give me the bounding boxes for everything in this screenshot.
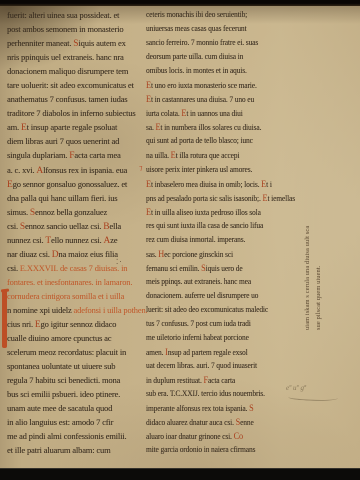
text-line: csi. E.XXXVII. de casas 7 diuisas. in (7, 261, 151, 275)
text-segment: lfonsus rex in ispania. eua (43, 165, 127, 175)
text-segment: deorsum parte uilla. cum diuisa in (146, 52, 243, 61)
text-line: meis ppinqs. aut extraneis. hanc mea (146, 275, 281, 289)
text-segment: omibus locis. in montes et in aquis. (146, 66, 247, 75)
text-segment: didaco aluarez dnatur auca csi. (146, 418, 236, 427)
text-line: tus 7 confusus. 7 post cum iuda tradi (146, 317, 281, 331)
text-segment: fontares. et inesfontanares. in lamaron. (7, 277, 132, 287)
text-line: pns ad pesalado porta sic salis isasonib… (146, 191, 281, 205)
text-line: Et in uilla aliseo iuxta pedroso illos s… (146, 205, 281, 219)
text-segment: S (249, 403, 254, 413)
text-line: in duplum restituat. Facta carta (146, 373, 281, 387)
text-line: sas. Hec porcione ginsckin sci (146, 247, 281, 261)
text-line: regula 7 habitu sci benedicti. mona (7, 373, 151, 387)
text-line: rez cum diuisa inmortal. imperans. (146, 233, 281, 247)
text-segment: tare uoluerit: sit adeo excomunicatus et (7, 80, 134, 90)
text-segment: enne (240, 418, 254, 427)
text-segment: na uilla. (146, 151, 171, 160)
text-segment: na maioz eius filia (58, 249, 117, 259)
text-segment: cius nri. (7, 319, 35, 329)
text-segment: t illa rotura que accepi (176, 151, 240, 160)
text-line: dna palla qui hanc uillam fieri. ius (7, 191, 151, 205)
text-segment: bus sci emilii psbueri. ideo ptinere. (7, 389, 120, 399)
text-segment: t in uilla aliseo iuxta pedroso illos so… (151, 208, 261, 217)
text-line: diem libras auri 7 quos uenerint ad (7, 134, 151, 148)
text-segment: n nomine xpi uidelz (7, 305, 74, 315)
text-line: res qui sunt iuxta illa casa de sancio l… (146, 219, 281, 233)
text-segment: spontanea uoluntate ut uiuere sub (7, 361, 115, 371)
text-line: spontanea uoluntate ut uiuere sub (7, 359, 151, 373)
text-segment: ello nunnez csi. (51, 235, 103, 245)
text-line: anathematus 7 confusus. tamen iudas (7, 92, 151, 106)
text-line: ceteris monachis ibi deo seruientib; (146, 8, 281, 22)
text-segment: ella (109, 221, 121, 231)
text-line: et ille patri aluarum albam: cum (7, 443, 151, 457)
text-line: qui sunt ad porta de tello blasco; iunc (146, 134, 281, 148)
text-segment: uniuersas meas casas quas fecerunt (146, 24, 246, 33)
text-line: didaco aluarez dnatur auca csi. Senne (146, 415, 281, 429)
text-segment: simus. (7, 207, 30, 217)
text-segment: donacionem. auferre uel disrumpere uo (146, 291, 258, 300)
text-line: iurta colata. Et in uannos una diui (146, 106, 281, 120)
text-segment: post ambos semonem in monasterio (7, 24, 123, 34)
text-line: nunnez csi. Tello nunnez csi. Aze (7, 233, 151, 247)
text-segment: t i (266, 180, 272, 189)
text-line: post ambos semonem in monasterio (7, 22, 151, 36)
text-segment: uat decem libras. auri. 7 quod inuaserit (146, 361, 257, 370)
margin-mark-dots: ⁚· (116, 258, 123, 266)
text-line: imperante alfonsus rex tota ispania. S (146, 401, 281, 415)
text-segment: ennoz sancio uellaz csi. (25, 221, 103, 231)
text-segment: t in numbera illos solares cu diuisa. (160, 123, 261, 132)
text-line: uat decem libras. auri. 7 quod inuaserit (146, 359, 281, 373)
text-segment: go sennor gonsaluo gonossaluez. et (13, 179, 127, 189)
text-segment: donacionem maliquo disrumpere tem (7, 66, 128, 76)
text-line: me ad pindi almi confessionis emilii. (7, 429, 151, 443)
text-segment: cualle diuino amore cpunctus ac (7, 333, 111, 343)
text-segment: perhenniter maneat. (7, 38, 73, 48)
text-segment: acta carta (208, 376, 235, 385)
text-line: uisore perix inter pinkera usl amores. (146, 163, 281, 177)
text-segment: me ad pindi almi confessionis emilii. (7, 431, 126, 441)
text-segment: Co (234, 431, 243, 441)
text-segment: regula 7 habitu sci benedicti. mona (7, 375, 120, 385)
text-line: sub era. T.C.XXIJ. tercio idus nouembris… (146, 387, 281, 401)
text-segment: E.XXXVII. de casas 7 diuisas. in (20, 263, 128, 273)
text-segment: nunnez csi. (7, 235, 45, 245)
text-line: luerit: sit adeo deo excomunicatus maled… (146, 303, 281, 317)
text-segment: t in uannos una diui (186, 109, 242, 118)
text-line: unam aute mee de sacatula quod (7, 401, 151, 415)
text-segment: pns ad pesalado porta sic salis isasonib… (146, 194, 262, 203)
text-line: cualle diuino amore cpunctus ac (7, 331, 151, 345)
text-segment: et ille patri aluarum albam: cum (7, 445, 111, 455)
text-line: simus. Sennoz bella gonzaluez (7, 205, 151, 219)
margin-note-line: uiam iskam s cerula una diuisa uult sca (303, 184, 314, 330)
photo-edge-top (0, 0, 360, 6)
text-line: sa. Et in numbera illos solares cu diuis… (146, 120, 281, 134)
text-segment: fuerit: alteri uinea sua possideat. et (7, 10, 119, 20)
text-line: nris ppinquis uel extraneis. hanc nra (7, 50, 151, 64)
text-line: fontares. et inesfontanares. in lamaron. (7, 275, 151, 289)
text-segment: am. (7, 122, 21, 132)
text-segment: in alio languius est: amodo 7 cfir (7, 417, 113, 427)
text-segment: unam aute mee de sacatula quod (7, 403, 112, 413)
text-line: Et uno ero iuxta monasterio sce marie. (146, 78, 281, 92)
text-segment: luerit: sit adeo deo excomunicatus maled… (146, 305, 268, 314)
text-segment: t in castannares una diuisa. 7 uno eu (151, 95, 254, 104)
text-segment: dna palla qui hanc uillam fieri. ius (7, 193, 117, 203)
text-line: na uilla. Et illa rotura que accepi (146, 148, 281, 162)
text-segment: imperante alfonsus rex tota ispania. (146, 404, 249, 413)
text-line: singula duplariam. Facta carta mea (7, 148, 151, 162)
text-segment: scelerum meoz recordatus: placuit in (7, 347, 126, 357)
text-segment: ennoz bella gonzaluez (35, 207, 107, 217)
text-segment: t uno ero iuxta monasterio sce marie. (151, 81, 257, 90)
text-segment: t iemellas (267, 194, 295, 203)
text-segment: nris ppinquis uel extraneis. hanc nra (7, 52, 124, 62)
text-segment: csi. (7, 221, 20, 231)
text-line: aluaro ioar dnatur grinone csi. Co (146, 429, 281, 443)
text-segment: anathematus 7 confusus. tamen iudas (7, 94, 127, 104)
text-segment: a. c. xvi. (7, 165, 36, 175)
text-segment: cornudera cintigora somilla et i uilla (7, 291, 124, 301)
text-segment: mite garcia ordonio in naiera cfirmans (146, 445, 255, 454)
text-line: in alio languius est: amodo 7 cfir (7, 415, 151, 429)
text-segment: ec porcione ginsckin sci (164, 250, 233, 259)
text-line: sancio ferreiro. 7 monnio fratre ei. sua… (146, 36, 281, 50)
manuscript-photo: fuerit: alteri uinea sua possideat. etpo… (0, 0, 360, 480)
text-segment: adefonsi i uilla pothen. (74, 305, 148, 315)
text-segment: in duplum restituat. (146, 376, 203, 385)
text-line: Et in castannares una diuisa. 7 uno eu (146, 92, 281, 106)
text-segment: diem libras auri 7 quos uenerint ad (7, 136, 119, 146)
text-column-left: fuerit: alteri uinea sua possideat. etpo… (7, 8, 151, 458)
text-segment: rez cum diuisa inmortal. imperans. (146, 235, 245, 244)
text-segment: acta carta mea (74, 150, 120, 160)
text-line: amen. Insup ad partem regale exsol (146, 345, 281, 359)
text-segment: A (36, 165, 43, 176)
text-line: csi. Sennoz sancio uellaz csi. Bella (7, 219, 151, 233)
text-line: am. Et insup aparte regale psoluat (7, 120, 151, 134)
text-line: nar diuaz csi. Dna maioz eius filia (7, 247, 151, 261)
text-segment: fernanu sci emilin. (146, 264, 201, 273)
margin-note-faint-text: eº uº gª (286, 384, 306, 392)
text-segment: singula duplariam. (7, 150, 69, 160)
text-segment: uisore perix inter pinkera usl amores. (146, 165, 252, 174)
text-line: donacionem. auferre uel disrumpere uo (146, 289, 281, 303)
text-segment: meis ppinqs. aut extraneis. hanc mea (146, 277, 251, 286)
text-line: uniuersas meas casas quas fecerunt (146, 22, 281, 36)
text-segment: amen. (146, 348, 165, 357)
text-segment: me uiletorio inferni habeat porcione (146, 333, 249, 342)
margin-note-faint: eº uº gª (286, 384, 306, 392)
text-segment: iquis autem ex (78, 38, 125, 48)
text-segment: csi. (7, 263, 20, 273)
margin-note-line: sue pilscat quem uiuent. (314, 184, 325, 330)
text-segment: aluaro ioar dnatur grinone csi. (146, 432, 234, 441)
text-line: tare uoluerit: sit adeo excomunicatus et (7, 78, 151, 92)
rubric-initial-i (2, 290, 7, 348)
text-segment: traditore 7 diabolos in inferno subiectu… (7, 108, 135, 118)
text-segment: go igitur sennoz didaco (41, 319, 117, 329)
photo-edge-bottom (0, 468, 360, 480)
margin-note-vertical: uiam iskam s cerula una diuisa uult scas… (303, 184, 324, 330)
text-line: Et inbaselero mea diuisa in omib; locis.… (146, 177, 281, 191)
text-line: cornudera cintigora somilla et i uilla (7, 289, 151, 303)
text-line: me uiletorio inferni habeat porcione (146, 331, 281, 345)
text-segment: iurta colata. (146, 109, 181, 118)
text-line: fuerit: alteri uinea sua possideat. et (7, 8, 151, 22)
text-line: n nomine xpi uidelz adefonsi i uilla pot… (7, 303, 151, 317)
text-line: deorsum parte uilla. cum diuisa in (146, 50, 281, 64)
text-line: mite garcia ordonio in naiera cfirmans (146, 443, 281, 457)
text-segment: D (52, 249, 59, 260)
text-line: scelerum meoz recordatus: placuit in (7, 345, 151, 359)
text-segment: ceteris monachis ibi deo seruientib; (146, 10, 247, 19)
text-segment: sub era. T.C.XXIJ. tercio idus nouembris… (146, 389, 265, 398)
text-segment: qui sunt ad porta de tello blasco; iunc (146, 136, 253, 145)
text-segment: res qui sunt iuxta illa casa de sancio l… (146, 221, 263, 230)
text-column-right: ceteris monachis ibi deo seruientib;uniu… (146, 8, 281, 458)
text-segment: sas. (146, 250, 158, 259)
margin-note-flourish (288, 392, 338, 402)
text-line: perhenniter maneat. Siquis autem ex (7, 36, 151, 50)
text-segment: ze (110, 235, 117, 245)
text-line: fernanu sci emilin. Siquis uero de (146, 261, 281, 275)
text-segment: tus 7 confusus. 7 post cum iuda tradi (146, 319, 251, 328)
text-line: bus sci emilii psbueri. ideo ptinere. (7, 387, 151, 401)
text-segment: iquis uero de (206, 264, 243, 273)
text-line: traditore 7 diabolos in inferno subiectu… (7, 106, 151, 120)
text-segment: t insup aparte regale psoluat (27, 122, 118, 132)
text-line: Ego sennor gonsaluo gonossaluez. et (7, 177, 151, 191)
text-line: omibus locis. in montes et in aquis. (146, 64, 281, 78)
margin-mark-red-tick: ⁊ (139, 164, 142, 172)
text-segment: sa. (146, 123, 155, 132)
text-line: donacionem maliquo disrumpere tem (7, 64, 151, 78)
text-segment: nar diuaz csi. (7, 249, 52, 259)
text-segment: t inbaselero mea diuisa in omib; locis. (151, 180, 261, 189)
text-segment: nsup ad partem regale exsol (168, 348, 248, 357)
text-line: a. c. xvi. Alfonsus rex in ispania. eua (7, 163, 151, 177)
text-segment: sancio ferreiro. 7 monnio fratre ei. sua… (146, 38, 258, 47)
text-line: cius nri. Ego igitur sennoz didaco (7, 317, 151, 331)
